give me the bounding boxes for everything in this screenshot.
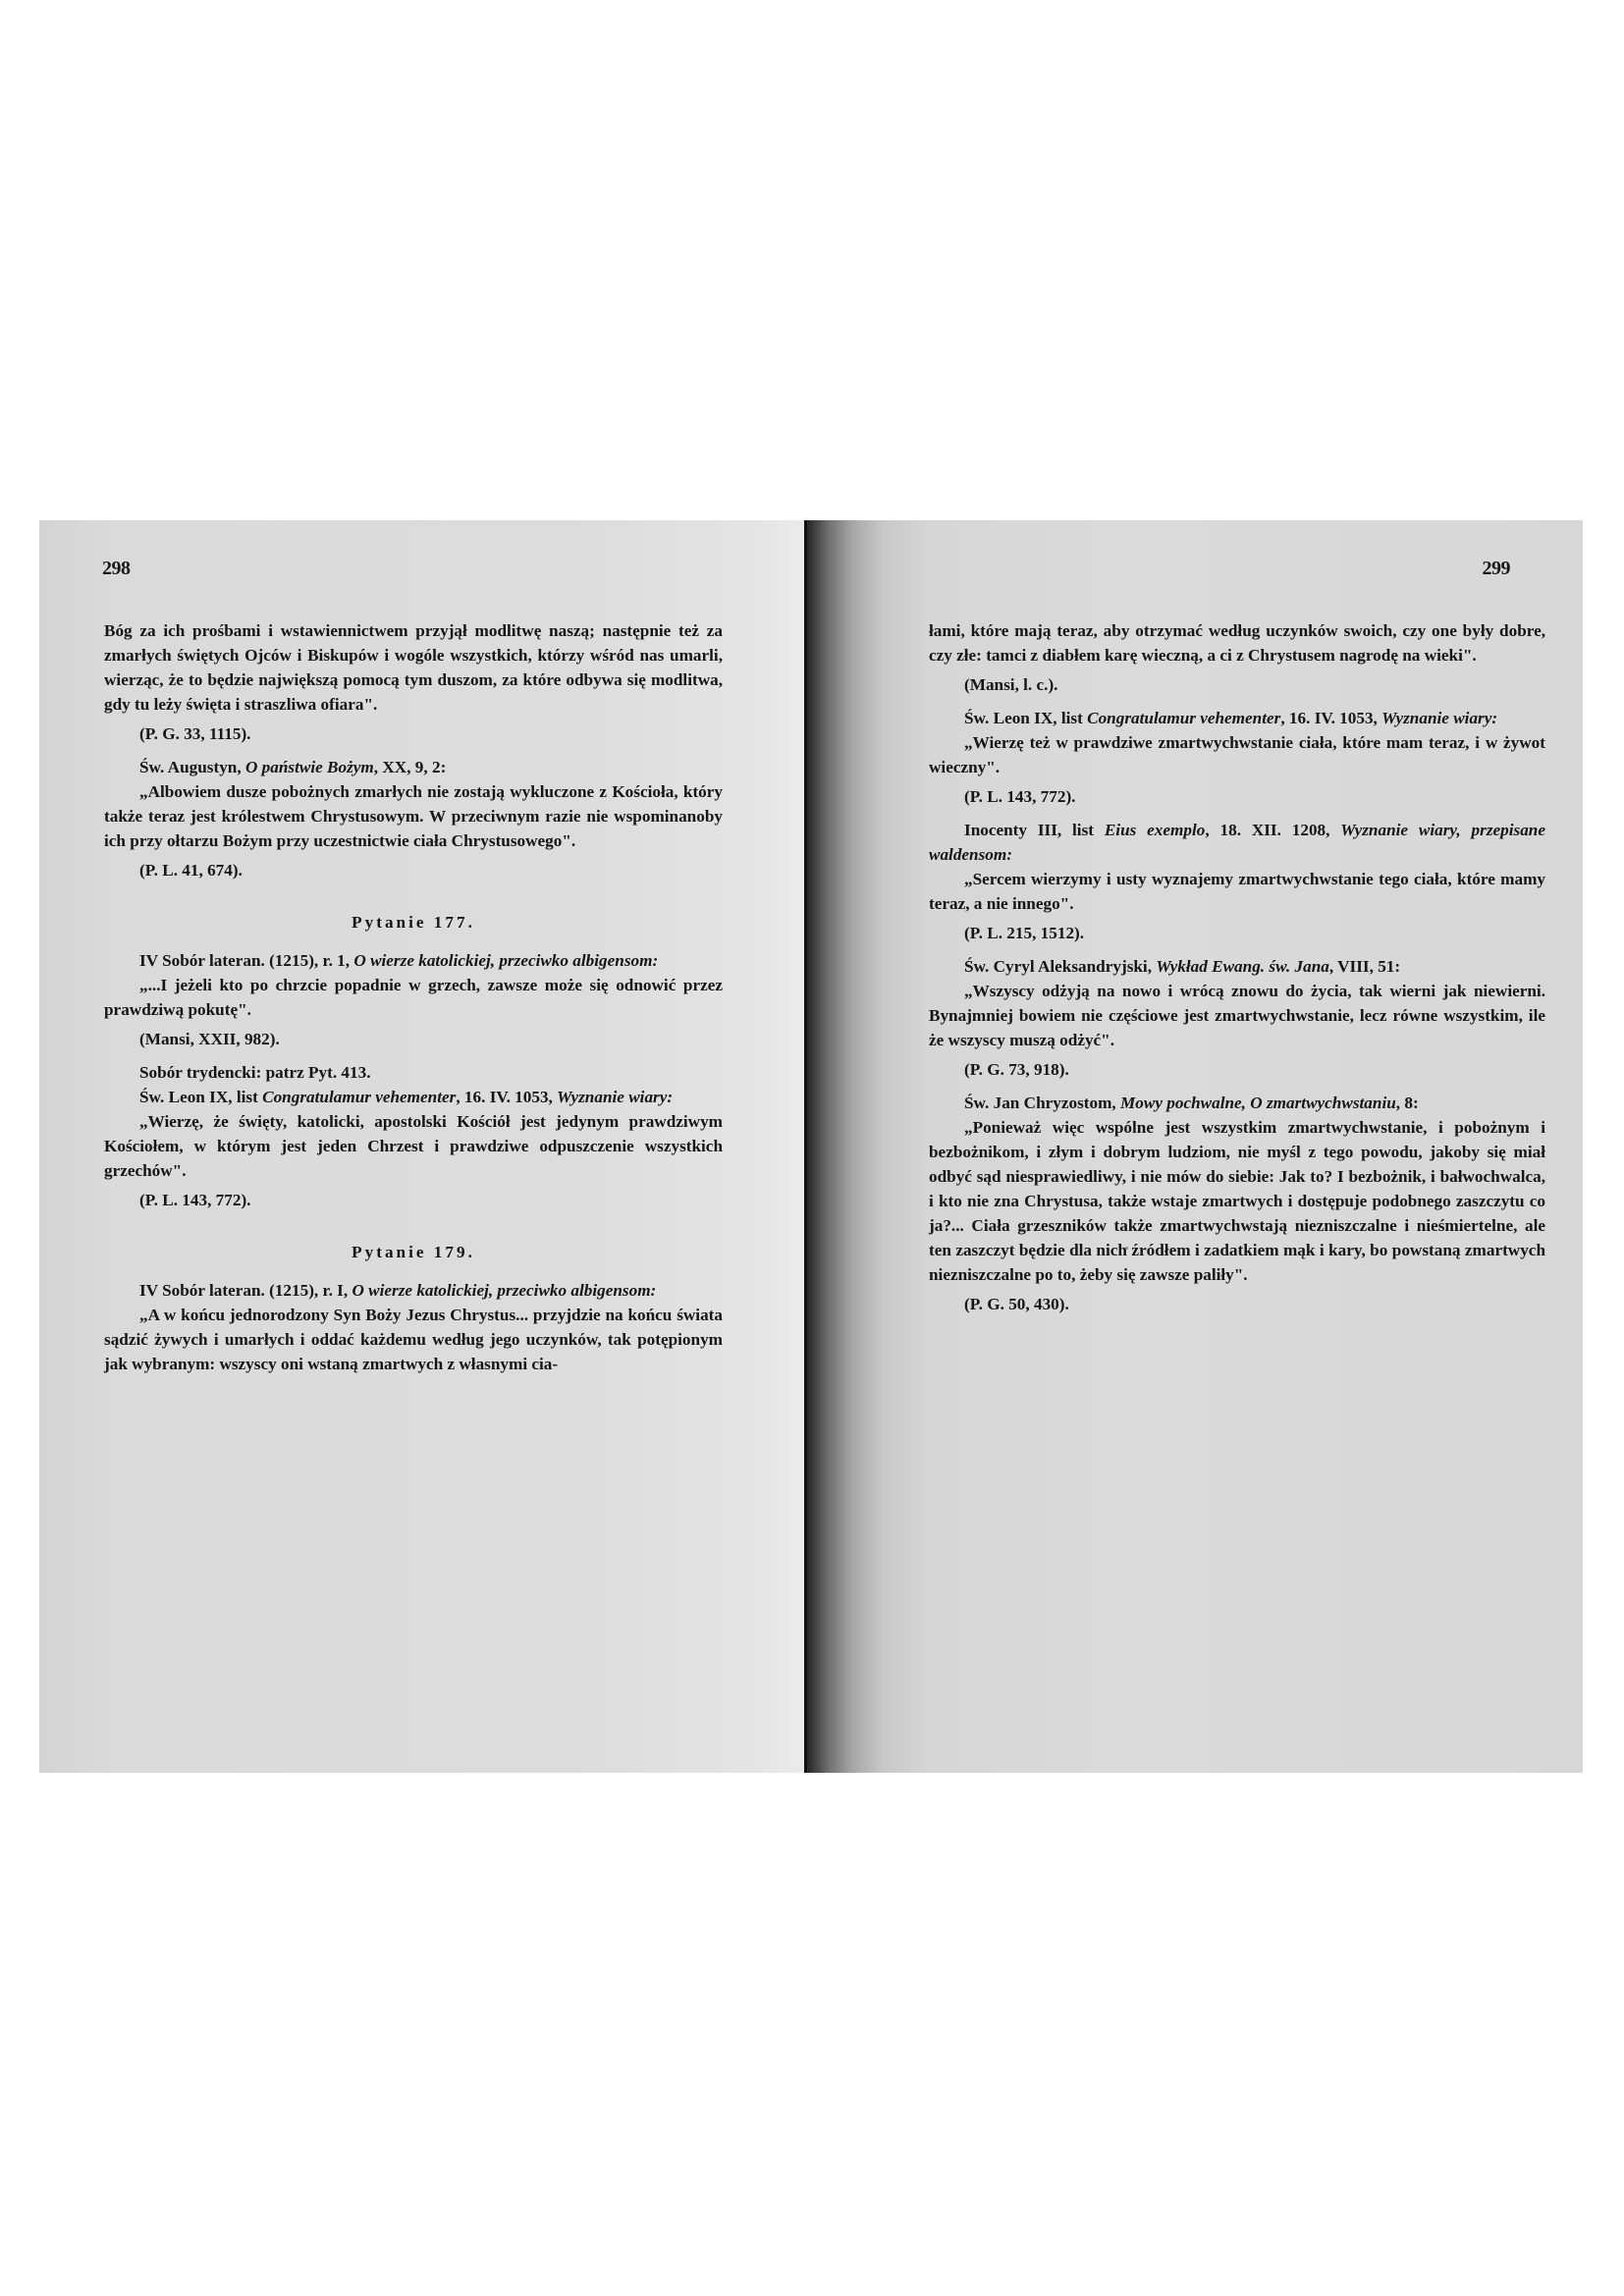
italic-title: Wykład Ewang. św. Jana (1156, 957, 1329, 976)
source-attribution: Sobór trydencki: patrz Pyt. 413. (104, 1060, 723, 1085)
italic-title: Congratulamur vehementer (1087, 709, 1280, 727)
italic-title: Mowy pochwalne, O zmartwychwstaniu (1120, 1094, 1396, 1112)
body-paragraph: Bóg za ich prośbami i wstawiennictwem pr… (104, 618, 723, 717)
source-text: Św. Leon IX, list (964, 709, 1087, 727)
source-attribution: IV Sobór lateran. (1215), r. 1, O wierze… (104, 948, 723, 973)
citation-reference: (P. L. 143, 772). (929, 784, 1545, 809)
source-text: Inocenty III, list (964, 821, 1105, 839)
body-paragraph: „A w końcu jednorodzony Syn Boży Jezus C… (104, 1303, 723, 1376)
italic-title: Congratulamur vehementer (262, 1088, 456, 1106)
source-text: IV Sobór lateran. (1215), r. 1, (139, 951, 353, 970)
body-paragraph: łami, które mają teraz, aby otrzymać wed… (929, 618, 1545, 667)
body-paragraph: „Ponieważ więc wspólne jest wszystkim zm… (929, 1115, 1545, 1287)
source-text: Św. Jan Chryzostom, (964, 1094, 1120, 1112)
source-text: , VIII, 51: (1329, 957, 1400, 976)
source-text: , 16. IV. 1053, (1280, 709, 1381, 727)
citation-reference: (P. L. 215, 1512). (929, 921, 1545, 945)
source-text: , 16. IV. 1053, (456, 1088, 557, 1106)
source-attribution: Św. Jan Chryzostom, Mowy pochwalne, O zm… (929, 1091, 1545, 1115)
source-attribution: Św. Leon IX, list Congratulamur vehement… (929, 706, 1545, 730)
citation-reference: (P. G. 33, 1115). (104, 721, 723, 746)
left-page: 298 Bóg za ich prośbami i wstawiennictwe… (39, 520, 805, 1773)
italic-title: Wyznanie wiary: (557, 1088, 673, 1106)
citation-reference: (P. L. 143, 772). (104, 1188, 723, 1212)
source-attribution: Św. Augustyn, O państwie Bożym, XX, 9, 2… (104, 755, 723, 779)
italic-title: Eius exemplo (1105, 821, 1206, 839)
body-paragraph: „Wierzę, że święty, katolicki, apostolsk… (104, 1109, 723, 1183)
source-text: , 18. XII. 1208, (1205, 821, 1340, 839)
page-number-left: 298 (102, 558, 131, 580)
body-paragraph: „Albowiem dusze pobożnych zmarłych nie z… (104, 779, 723, 853)
source-text: , XX, 9, 2: (374, 758, 447, 776)
scan-speck (1125, 1247, 1128, 1250)
source-text: Św. Augustyn, (139, 758, 245, 776)
source-text: Sobór trydencki: patrz Pyt. 413. (139, 1063, 371, 1082)
left-text-column: Bóg za ich prośbami i wstawiennictwem pr… (104, 618, 723, 1376)
source-text: Św. Leon IX, list (139, 1088, 262, 1106)
book-spread: 298 Bóg za ich prośbami i wstawiennictwe… (39, 520, 1583, 1773)
book-gutter (804, 520, 807, 1773)
citation-reference: (P. L. 41, 674). (104, 858, 723, 882)
source-text: Św. Cyryl Aleksandryjski, (964, 957, 1156, 976)
body-paragraph: „Wierzę też w prawdziwe zmartwychwstanie… (929, 730, 1545, 779)
citation-reference: (P. G. 50, 430). (929, 1292, 1545, 1316)
italic-title: O wierze katolickiej, przeciwko albigens… (353, 951, 658, 970)
section-heading: Pytanie 179. (104, 1240, 723, 1264)
italic-title: Wyznanie wiary: (1381, 709, 1497, 727)
body-paragraph: „...I jeżeli kto po chrzcie popadnie w g… (104, 973, 723, 1022)
source-text: , 8: (1396, 1094, 1419, 1112)
right-page: 299 łami, które mają teraz, aby otrzymać… (805, 520, 1583, 1773)
source-attribution: Św. Cyryl Aleksandryjski, Wykład Ewang. … (929, 954, 1545, 979)
citation-reference: (P. G. 73, 918). (929, 1057, 1545, 1082)
source-text: IV Sobór lateran. (1215), r. I, (139, 1281, 352, 1300)
italic-title: O państwie Bożym (245, 758, 374, 776)
citation-reference: (Mansi, XXII, 982). (104, 1027, 723, 1051)
source-attribution: Inocenty III, list Eius exemplo, 18. XII… (929, 818, 1545, 867)
citation-reference: (Mansi, l. c.). (929, 672, 1545, 697)
right-text-column: łami, które mają teraz, aby otrzymać wed… (929, 618, 1545, 1325)
body-paragraph: „Wszyscy odżyją na nowo i wrócą znowu do… (929, 979, 1545, 1052)
page-number-right: 299 (1483, 558, 1511, 580)
section-heading: Pytanie 177. (104, 910, 723, 934)
source-attribution: IV Sobór lateran. (1215), r. I, O wierze… (104, 1278, 723, 1303)
source-attribution: Św. Leon IX, list Congratulamur vehement… (104, 1085, 723, 1109)
body-paragraph: „Sercem wierzymy i usty wyznajemy zmartw… (929, 867, 1545, 916)
italic-title: O wierze katolickiej, przeciwko albigens… (352, 1281, 656, 1300)
